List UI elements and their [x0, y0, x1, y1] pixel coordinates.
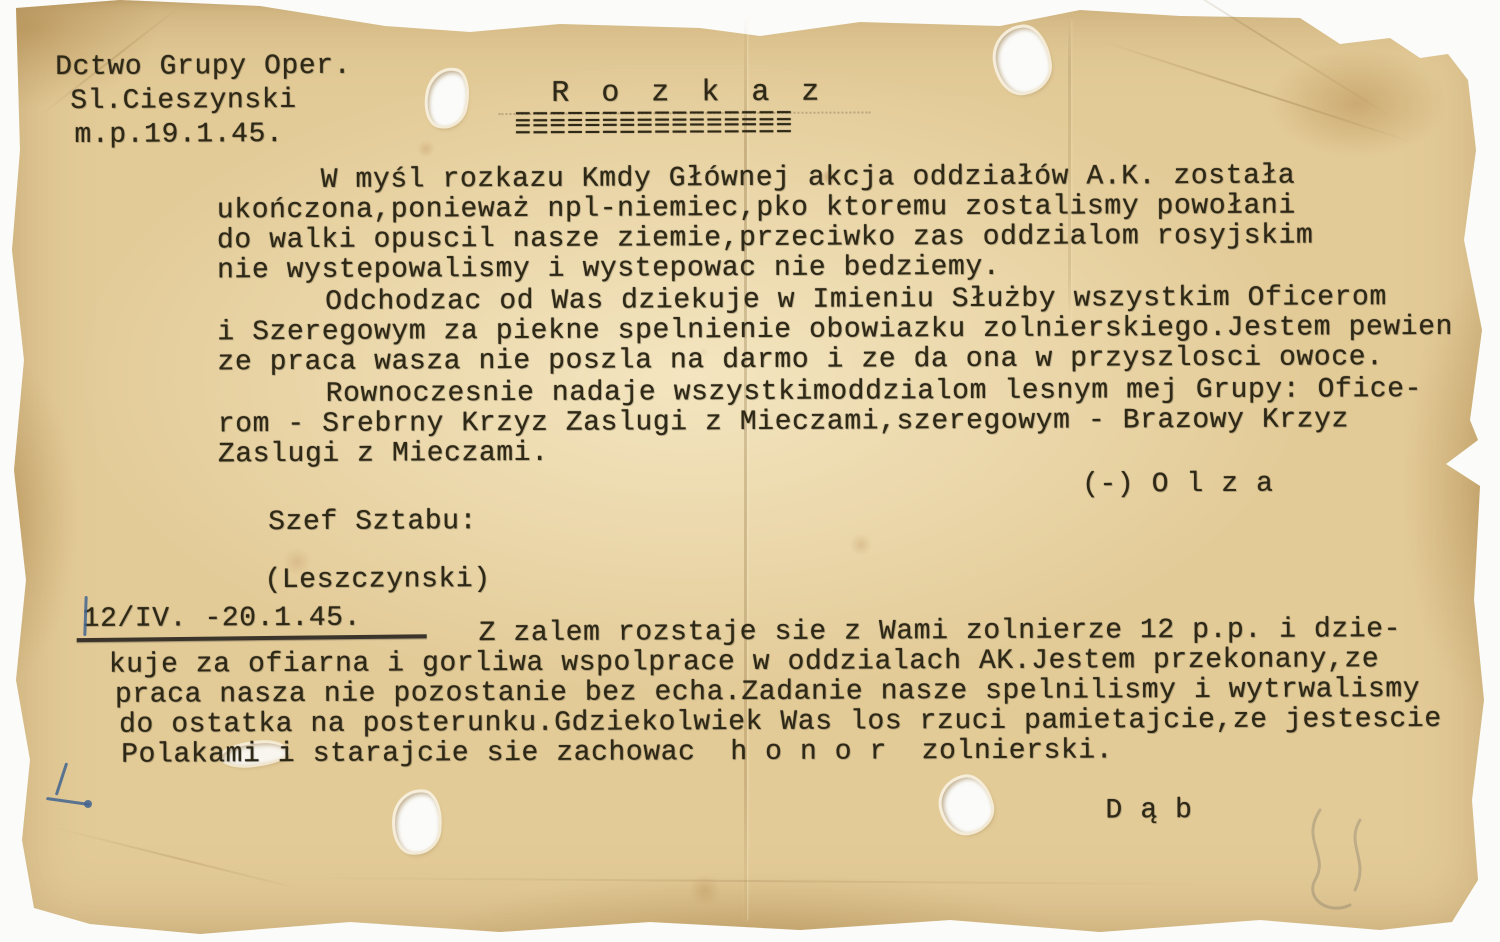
- paragraph-line: rom - Srebrny Krzyz Zaslugi z Mieczami,s…: [218, 405, 1349, 440]
- signature-dab: D ą b: [1105, 796, 1192, 826]
- blue-pen-mark: [84, 800, 92, 808]
- signature-olza: (-) O l z a: [1082, 470, 1274, 501]
- paragraph-line: Polakami i starajcie sie zachowac h o n …: [121, 736, 1113, 770]
- paragraph-line: Zaslugi z Mieczami.: [218, 439, 549, 470]
- pencil-squiggle: [1260, 800, 1410, 930]
- paragraph-line: nie wystepowalismy i wystepowac nie bedz…: [217, 253, 1000, 286]
- header-unit-line1: Dctwo Grupy Oper.: [55, 52, 351, 83]
- date-annotation: 12/IV. -20.1.45.: [83, 604, 362, 635]
- paragraph-line: do ostatka na posterunku.Gdziekolwiek Wa…: [119, 705, 1442, 741]
- chief-of-staff-label: Szef Sztabu:: [268, 507, 477, 538]
- header-date-line: m.p.19.1.45.: [74, 120, 283, 151]
- date-underline: [77, 634, 427, 642]
- paragraph-line: ze praca wasza nie poszla na darmo i ze …: [217, 343, 1383, 378]
- paragraph-line: do walki opuscil nasze ziemie,przeciwko …: [217, 222, 1313, 257]
- title-rule-row: ================: [514, 124, 793, 139]
- header-unit-line2: Sl.Cieszynski: [70, 86, 296, 117]
- chief-of-staff-name: (Leszczynski): [264, 565, 490, 596]
